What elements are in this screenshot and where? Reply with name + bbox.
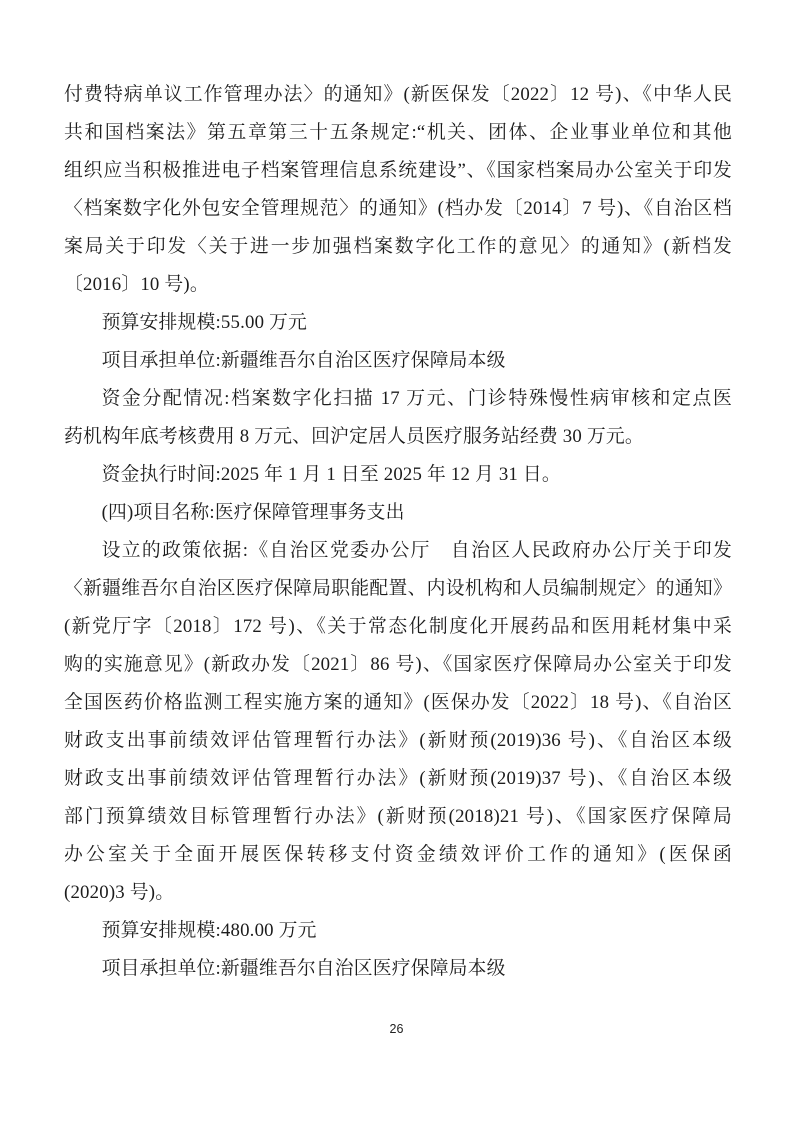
text-line: 部门预算绩效目标管理暂行办法》(新财预(2018)21 号)、《国家医疗保障局 — [64, 798, 732, 836]
document-page: 付费特病单议工作管理办法〉的通知》(新医保发〔2022〕12 号)、《中华人民共… — [0, 0, 793, 1122]
paragraph: 设立的政策依据:《自治区党委办公厅 自治区人民政府办公厅关于印发〈新疆维吾尔自治… — [64, 532, 732, 912]
text-line: 设立的政策依据:《自治区党委办公厅 自治区人民政府办公厅关于印发 — [64, 532, 732, 570]
paragraph: 项目承担单位:新疆维吾尔自治区医疗保障局本级 — [64, 950, 732, 988]
paragraph: 资金分配情况:档案数字化扫描 17 万元、门诊特殊慢性病审核和定点医药机构年底考… — [64, 380, 732, 456]
text-line: 〈新疆维吾尔自治区医疗保障局职能配置、内设机构和人员编制规定〉的通知》 — [64, 570, 732, 608]
paragraph: 预算安排规模:55.00 万元 — [64, 304, 732, 342]
text-line: 资金分配情况:档案数字化扫描 17 万元、门诊特殊慢性病审核和定点医 — [64, 380, 732, 418]
text-line: 〔2016〕10 号)。 — [64, 266, 732, 304]
text-line: 付费特病单议工作管理办法〉的通知》(新医保发〔2022〕12 号)、《中华人民 — [64, 76, 732, 114]
text-line: (新党厅字〔2018〕172 号)、《关于常态化制度化开展药品和医用耗材集中采 — [64, 608, 732, 646]
page-number: 26 — [0, 1020, 793, 1038]
text-line: 项目承担单位:新疆维吾尔自治区医疗保障局本级 — [64, 342, 732, 380]
text-line: 财政支出事前绩效评估管理暂行办法》(新财预(2019)36 号)、《自治区本级 — [64, 722, 732, 760]
text-line: 〈档案数字化外包安全管理规范〉的通知》(档办发〔2014〕7 号)、《自治区档 — [64, 190, 732, 228]
text-line: 药机构年底考核费用 8 万元、回沪定居人员医疗服务站经费 30 万元。 — [64, 418, 732, 456]
paragraph: 预算安排规模:480.00 万元 — [64, 912, 732, 950]
paragraph: (四)项目名称:医疗保障管理事务支出 — [64, 494, 732, 532]
text-line: 案局关于印发〈关于进一步加强档案数字化工作的意见〉的通知》(新档发 — [64, 228, 732, 266]
text-line: 共和国档案法》第五章第三十五条规定:“机关、团体、企业事业单位和其他 — [64, 114, 732, 152]
text-line: 预算安排规模:480.00 万元 — [64, 912, 732, 950]
text-line: 全国医药价格监测工程实施方案的通知》(医保办发〔2022〕18 号)、《自治区 — [64, 684, 732, 722]
paragraph: 资金执行时间:2025 年 1 月 1 日至 2025 年 12 月 31 日。 — [64, 456, 732, 494]
text-line: 资金执行时间:2025 年 1 月 1 日至 2025 年 12 月 31 日。 — [64, 456, 732, 494]
text-line: 组织应当积极推进电子档案管理信息系统建设”、《国家档案局办公室关于印发 — [64, 152, 732, 190]
text-line: (2020)3 号)。 — [64, 874, 732, 912]
text-line: (四)项目名称:医疗保障管理事务支出 — [64, 494, 732, 532]
text-line: 办公室关于全面开展医保转移支付资金绩效评价工作的通知》(医保函 — [64, 836, 732, 874]
text-line: 项目承担单位:新疆维吾尔自治区医疗保障局本级 — [64, 950, 732, 988]
paragraph: 付费特病单议工作管理办法〉的通知》(新医保发〔2022〕12 号)、《中华人民共… — [64, 76, 732, 304]
text-line: 财政支出事前绩效评估管理暂行办法》(新财预(2019)37 号)、《自治区本级 — [64, 760, 732, 798]
paragraph: 项目承担单位:新疆维吾尔自治区医疗保障局本级 — [64, 342, 732, 380]
text-line: 预算安排规模:55.00 万元 — [64, 304, 732, 342]
document-body: 付费特病单议工作管理办法〉的通知》(新医保发〔2022〕12 号)、《中华人民共… — [64, 76, 732, 988]
text-line: 购的实施意见》(新政办发〔2021〕86 号)、《国家医疗保障局办公室关于印发 — [64, 646, 732, 684]
